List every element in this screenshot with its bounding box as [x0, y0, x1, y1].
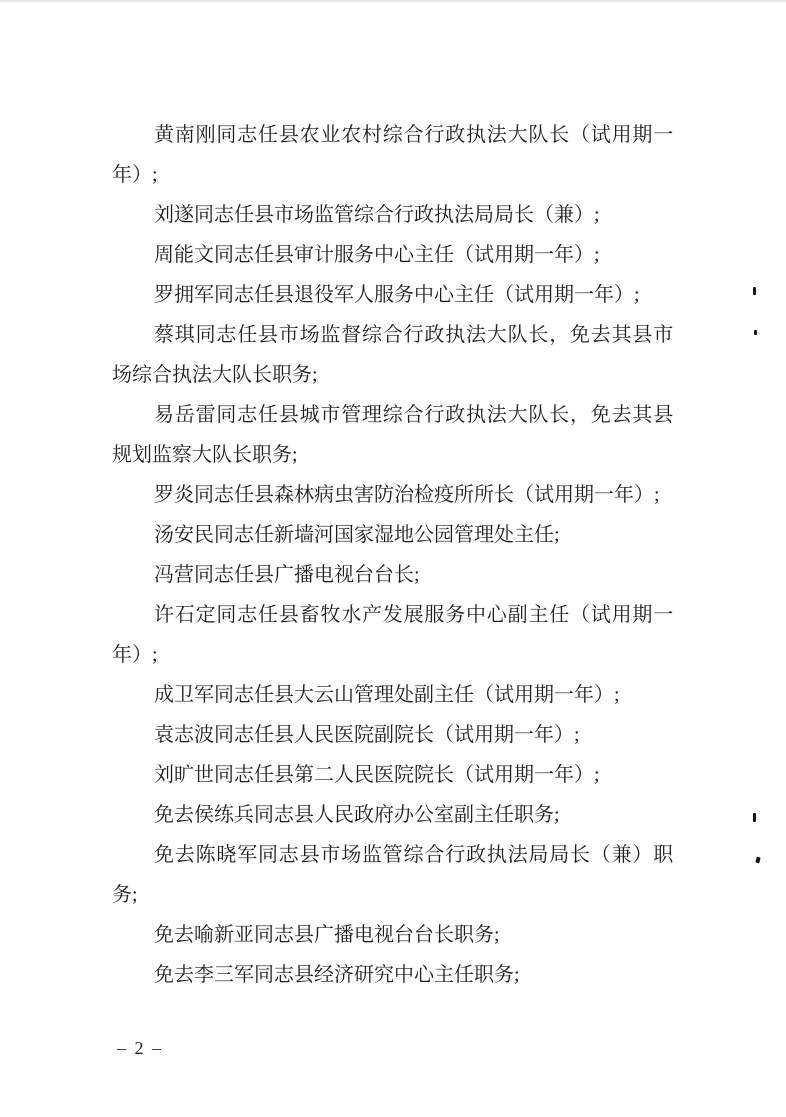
document-line: 冯营同志任县广播电视台台长; [112, 555, 678, 595]
scan-speck [755, 857, 760, 864]
document-line: 免去侯练兵同志县人民政府办公室副主任职务; [112, 795, 678, 835]
scan-speck [753, 287, 756, 295]
document-line: 场综合执法大队长职务; [112, 355, 678, 395]
document-line: 罗炎同志任县森林病虫害防治检疫所所长（试用期一年）; [112, 475, 678, 515]
document-line: 黄南刚同志任县农业农村综合行政执法大队长（试用期一 [112, 115, 678, 155]
document-line: 许石定同志任县畜牧水产发展服务中心副主任（试用期一 [112, 595, 678, 635]
scan-edge-smudge [0, 0, 786, 3]
scan-speck [754, 330, 757, 335]
document-line: 汤安民同志任新墙河国家湿地公园管理处主任; [112, 515, 678, 555]
document-line: 免去李三军同志县经济研究中心主任职务; [112, 955, 678, 995]
document-line: 刘旷世同志任县第二人民医院院长（试用期一年）; [112, 755, 678, 795]
document-line: 免去陈晓军同志县市场监管综合行政执法局局长（兼）职 [112, 835, 678, 875]
document-line: 袁志波同志任县人民医院副院长（试用期一年）; [112, 715, 678, 755]
document-line: 免去喻新亚同志县广播电视台台长职务; [112, 915, 678, 955]
document-body: 黄南刚同志任县农业农村综合行政执法大队长（试用期一年）;刘遂同志任县市场监管综合… [112, 115, 678, 995]
document-line: 易岳雷同志任县城市管理综合行政执法大队长，免去其县 [112, 395, 678, 435]
scan-speck [753, 813, 756, 822]
document-page: 黄南刚同志任县农业农村综合行政执法大队长（试用期一年）;刘遂同志任县市场监管综合… [0, 0, 786, 1117]
document-line: 罗拥军同志任县退役军人服务中心主任（试用期一年）; [112, 275, 678, 315]
document-line: 刘遂同志任县市场监管综合行政执法局局长（兼）; [112, 195, 678, 235]
document-line: 蔡琪同志任县市场监督综合行政执法大队长，免去其县市 [112, 315, 678, 355]
document-line: 年）; [112, 635, 678, 675]
document-line: 务; [112, 875, 678, 915]
document-line: 周能文同志任县审计服务中心主任（试用期一年）; [112, 235, 678, 275]
document-line: 年）; [112, 155, 678, 195]
page-number: – 2 – [117, 1038, 163, 1059]
document-line: 规划监察大队长职务; [112, 435, 678, 475]
document-line: 成卫军同志任县大云山管理处副主任（试用期一年）; [112, 675, 678, 715]
